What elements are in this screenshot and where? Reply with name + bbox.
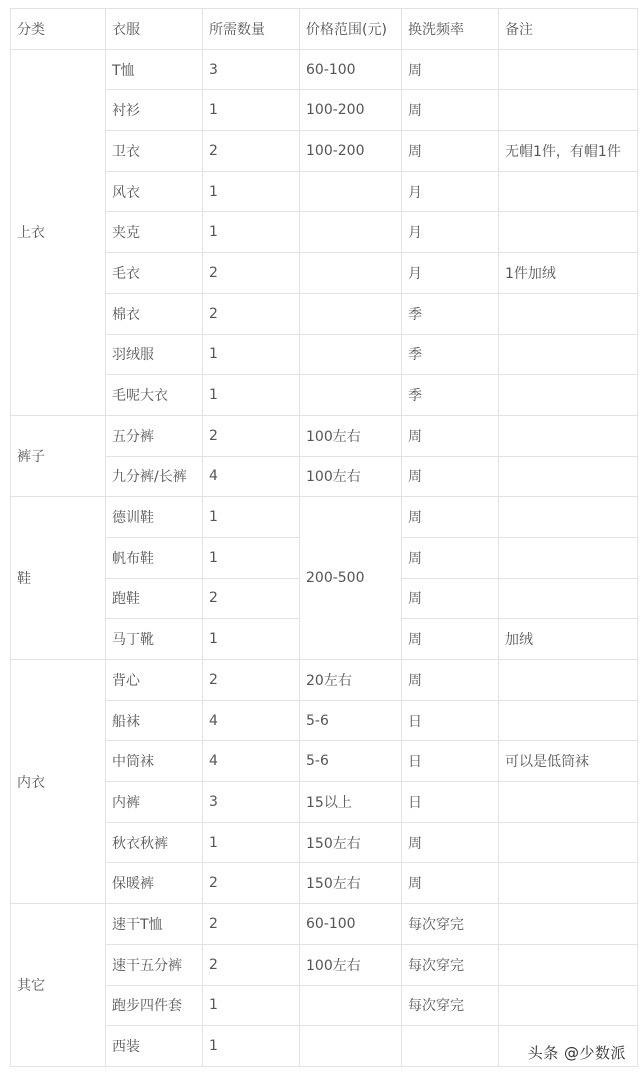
frequency-cell: 日 xyxy=(402,700,499,741)
price-cell: 100-200 xyxy=(300,131,402,172)
frequency-cell: 周 xyxy=(402,822,499,863)
table-row: 卫衣2100-200周无帽1件，有帽1件 xyxy=(11,131,638,172)
quantity-cell: 3 xyxy=(203,49,300,90)
notes-cell xyxy=(499,660,638,701)
price-cell: 100-200 xyxy=(300,90,402,131)
category-cell: 鞋 xyxy=(11,497,106,660)
frequency-cell: 周 xyxy=(402,537,499,578)
table-row: 夹克1月 xyxy=(11,212,638,253)
price-cell: 150左右 xyxy=(300,863,402,904)
notes-cell xyxy=(499,537,638,578)
frequency-cell: 季 xyxy=(402,293,499,334)
watermark: 头条 @少数派 xyxy=(526,1042,628,1063)
header-price-range: 价格范围(元) xyxy=(300,9,402,50)
notes-cell xyxy=(499,904,638,945)
table-row: 速干五分裤2100左右每次穿完 xyxy=(11,944,638,985)
table-row: 风衣1月 xyxy=(11,171,638,212)
notes-cell xyxy=(499,375,638,416)
frequency-cell: 月 xyxy=(402,171,499,212)
frequency-cell: 每次穿完 xyxy=(402,904,499,945)
quantity-cell: 4 xyxy=(203,741,300,782)
price-cell xyxy=(300,212,402,253)
frequency-cell: 季 xyxy=(402,375,499,416)
table-row: 九分裤/长裤4100左右周 xyxy=(11,456,638,497)
item-cell: 马丁靴 xyxy=(106,619,203,660)
item-cell: 德训鞋 xyxy=(106,497,203,538)
notes-cell: 1件加绒 xyxy=(499,253,638,294)
price-cell xyxy=(300,1026,402,1067)
notes-cell xyxy=(499,863,638,904)
quantity-cell: 1 xyxy=(203,334,300,375)
price-cell: 100左右 xyxy=(300,415,402,456)
quantity-cell: 4 xyxy=(203,456,300,497)
item-cell: 羽绒服 xyxy=(106,334,203,375)
notes-cell xyxy=(499,456,638,497)
item-cell: 帆布鞋 xyxy=(106,537,203,578)
quantity-cell: 1 xyxy=(203,375,300,416)
category-cell: 裤子 xyxy=(11,415,106,496)
header-category: 分类 xyxy=(11,9,106,50)
quantity-cell: 1 xyxy=(203,619,300,660)
item-cell: 内裤 xyxy=(106,782,203,823)
frequency-cell: 周 xyxy=(402,456,499,497)
price-cell: 5-6 xyxy=(300,700,402,741)
quantity-cell: 2 xyxy=(203,131,300,172)
frequency-cell: 日 xyxy=(402,782,499,823)
notes-cell xyxy=(499,700,638,741)
table-row: 中筒袜45-6日可以是低筒袜 xyxy=(11,741,638,782)
frequency-cell: 周 xyxy=(402,660,499,701)
notes-cell: 可以是低筒袜 xyxy=(499,741,638,782)
quantity-cell: 1 xyxy=(203,90,300,131)
item-cell: 船袜 xyxy=(106,700,203,741)
notes-cell xyxy=(499,497,638,538)
category-cell: 其它 xyxy=(11,904,106,1067)
quantity-cell: 1 xyxy=(203,985,300,1026)
item-cell: 中筒袜 xyxy=(106,741,203,782)
item-cell: 棉衣 xyxy=(106,293,203,334)
item-cell: 西装 xyxy=(106,1026,203,1067)
price-cell: 100左右 xyxy=(300,456,402,497)
price-cell: 20左右 xyxy=(300,660,402,701)
header-item: 衣服 xyxy=(106,9,203,50)
notes-cell xyxy=(499,49,638,90)
quantity-cell: 2 xyxy=(203,904,300,945)
frequency-cell: 周 xyxy=(402,131,499,172)
category-cell: 内衣 xyxy=(11,660,106,904)
frequency-cell: 周 xyxy=(402,90,499,131)
item-cell: 九分裤/长裤 xyxy=(106,456,203,497)
notes-cell: 加绒 xyxy=(499,619,638,660)
table-row: 羽绒服1季 xyxy=(11,334,638,375)
price-cell xyxy=(300,375,402,416)
price-cell xyxy=(300,253,402,294)
frequency-cell: 周 xyxy=(402,619,499,660)
frequency-cell: 每次穿完 xyxy=(402,985,499,1026)
item-cell: 速干五分裤 xyxy=(106,944,203,985)
quantity-cell: 2 xyxy=(203,944,300,985)
quantity-cell: 1 xyxy=(203,171,300,212)
notes-cell xyxy=(499,944,638,985)
table-row: 保暖裤2150左右周 xyxy=(11,863,638,904)
table-row: 毛衣2月1件加绒 xyxy=(11,253,638,294)
category-cell: 上衣 xyxy=(11,49,106,415)
notes-cell xyxy=(499,212,638,253)
header-quantity: 所需数量 xyxy=(203,9,300,50)
price-cell: 15以上 xyxy=(300,782,402,823)
header-row: 分类 衣服 所需数量 价格范围(元) 换洗频率 备注 xyxy=(11,9,638,50)
item-cell: 保暖裤 xyxy=(106,863,203,904)
price-cell xyxy=(300,985,402,1026)
item-cell: 毛衣 xyxy=(106,253,203,294)
quantity-cell: 2 xyxy=(203,253,300,294)
price-cell xyxy=(300,293,402,334)
item-cell: 夹克 xyxy=(106,212,203,253)
notes-cell xyxy=(499,782,638,823)
table-row: 棉衣2季 xyxy=(11,293,638,334)
table-row: 跑步四件套1每次穿完 xyxy=(11,985,638,1026)
table-row: 裤子五分裤2100左右周 xyxy=(11,415,638,456)
price-cell: 60-100 xyxy=(300,904,402,945)
item-cell: 秋衣秋裤 xyxy=(106,822,203,863)
frequency-cell: 周 xyxy=(402,49,499,90)
price-cell: 150左右 xyxy=(300,822,402,863)
clothing-table: 分类 衣服 所需数量 价格范围(元) 换洗频率 备注 上衣T恤360-100周衬… xyxy=(10,8,638,1067)
quantity-cell: 2 xyxy=(203,660,300,701)
notes-cell xyxy=(499,90,638,131)
quantity-cell: 1 xyxy=(203,497,300,538)
item-cell: T恤 xyxy=(106,49,203,90)
frequency-cell: 周 xyxy=(402,497,499,538)
table-row: 上衣T恤360-100周 xyxy=(11,49,638,90)
quantity-cell: 2 xyxy=(203,578,300,619)
price-cell xyxy=(300,171,402,212)
notes-cell xyxy=(499,293,638,334)
quantity-cell: 1 xyxy=(203,537,300,578)
table-row: 内衣背心220左右周 xyxy=(11,660,638,701)
item-cell: 风衣 xyxy=(106,171,203,212)
frequency-cell: 周 xyxy=(402,578,499,619)
frequency-cell: 季 xyxy=(402,334,499,375)
item-cell: 毛呢大衣 xyxy=(106,375,203,416)
notes-cell: 无帽1件，有帽1件 xyxy=(499,131,638,172)
table-row: 鞋德训鞋1200-500周 xyxy=(11,497,638,538)
table-row: 秋衣秋裤1150左右周 xyxy=(11,822,638,863)
table-row: 其它速干T恤260-100每次穿完 xyxy=(11,904,638,945)
item-cell: 衬衫 xyxy=(106,90,203,131)
table-row: 衬衫1100-200周 xyxy=(11,90,638,131)
price-cell: 60-100 xyxy=(300,49,402,90)
quantity-cell: 3 xyxy=(203,782,300,823)
item-cell: 背心 xyxy=(106,660,203,701)
quantity-cell: 2 xyxy=(203,293,300,334)
quantity-cell: 1 xyxy=(203,1026,300,1067)
quantity-cell: 2 xyxy=(203,415,300,456)
quantity-cell: 1 xyxy=(203,212,300,253)
notes-cell xyxy=(499,334,638,375)
notes-cell xyxy=(499,415,638,456)
table-row: 内裤315以上日 xyxy=(11,782,638,823)
frequency-cell: 月 xyxy=(402,212,499,253)
quantity-cell: 4 xyxy=(203,700,300,741)
table-row: 毛呢大衣1季 xyxy=(11,375,638,416)
notes-cell xyxy=(499,985,638,1026)
quantity-cell: 2 xyxy=(203,863,300,904)
header-wash-frequency: 换洗频率 xyxy=(402,9,499,50)
price-cell: 200-500 xyxy=(300,497,402,660)
frequency-cell: 周 xyxy=(402,863,499,904)
notes-cell xyxy=(499,822,638,863)
item-cell: 跑鞋 xyxy=(106,578,203,619)
quantity-cell: 1 xyxy=(203,822,300,863)
frequency-cell: 每次穿完 xyxy=(402,944,499,985)
item-cell: 五分裤 xyxy=(106,415,203,456)
table-row: 船袜45-6日 xyxy=(11,700,638,741)
frequency-cell: 日 xyxy=(402,741,499,782)
price-cell: 100左右 xyxy=(300,944,402,985)
price-cell: 5-6 xyxy=(300,741,402,782)
item-cell: 速干T恤 xyxy=(106,904,203,945)
frequency-cell xyxy=(402,1026,499,1067)
frequency-cell: 月 xyxy=(402,253,499,294)
header-notes: 备注 xyxy=(499,9,638,50)
notes-cell xyxy=(499,578,638,619)
item-cell: 跑步四件套 xyxy=(106,985,203,1026)
item-cell: 卫衣 xyxy=(106,131,203,172)
notes-cell xyxy=(499,171,638,212)
price-cell xyxy=(300,334,402,375)
frequency-cell: 周 xyxy=(402,415,499,456)
